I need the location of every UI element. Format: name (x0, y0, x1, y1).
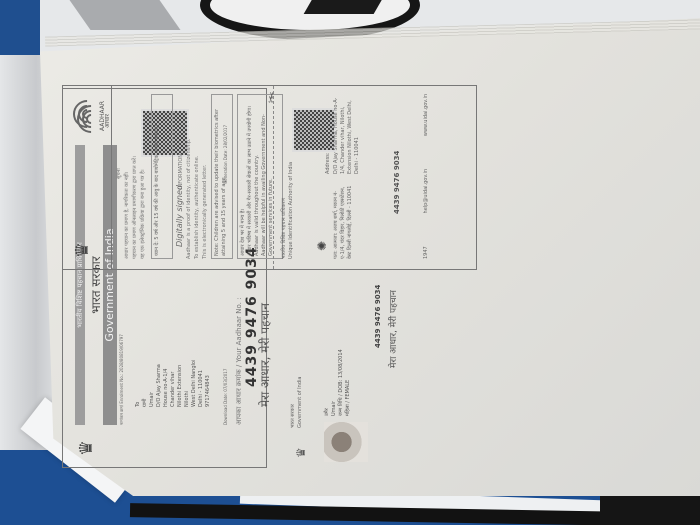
uidai-name: भारतीय विशिष्ट पहचान प्राधिकरण Unique Id… (281, 94, 295, 259)
card-tagline: मेरा आधार, मेरी पहचान (386, 290, 399, 368)
info-hindi-points: आधार पहचान का प्रमाण है, नागरिकता का नही… (123, 94, 147, 259)
recipient-address: To ग्रामी Umair D/O Ajay Sharma House no… (135, 360, 212, 407)
national-emblem-icon: ♛ (73, 437, 101, 459)
aadhaar-info-page: ♛ AADHAAR सूचना आधार पहचान का प्रमाण है,… (62, 85, 477, 270)
card-aadhaar-number: 4439 9476 9034 (374, 285, 382, 348)
back-address-hindi: पता: आत्मजा: अजय शर्मा, मकान नं-ए-1/4, च… (333, 179, 354, 259)
background-black-stripe (304, 0, 387, 14)
info-english-points: Aadhaar is a proof of identity, not of c… (185, 94, 209, 259)
enrolment-number: नामांकन क्रम/ Enrolment No.: 2028/80819/… (119, 334, 125, 425)
holder-photo (324, 422, 368, 462)
aadhaar-number-label: आपका आधार क्रमांक / Your Aadhaar No. : (235, 298, 244, 425)
uidai-logo-icon: ✺ (308, 235, 336, 257)
back-aadhaar-number: 4439 9476 9034 (393, 151, 401, 214)
info-heading-english: INFORMATION (177, 154, 185, 189)
back-footer: 1947 help@uidai.gov.in www.uidai.gov.in (423, 94, 430, 259)
back-address-english: D/O Ajay Sharma, House no-A-1/4, Chander… (333, 94, 361, 174)
card-holder-details: उमैर Umair जन्म तिथि / DOB: 13/08/2014 म… (324, 349, 352, 416)
national-emblem-icon: ♛ (294, 447, 308, 458)
back-address-label: Address: (325, 94, 332, 174)
national-emblem-icon: ♛ (69, 239, 97, 261)
download-date: Download Date: 07/03/2017 (223, 369, 228, 425)
info-validity-box: आधार देश भर में मान्य है। आधार भविष्य मे… (237, 94, 283, 259)
info-heading-hindi: सूचना (115, 168, 123, 179)
info-note-box-english: Note: Children are advised to update the… (211, 94, 233, 259)
card-gov-label: भारत सरकार Government of India (290, 377, 304, 428)
tagline: मेरा आधार, मेरी पहचान (256, 303, 273, 407)
info-note-box-hindi: ध्यान दें: 5 वर्ष और 15 वर्ष की आयु के ब… (151, 94, 173, 259)
aadhaar-logo-text: AADHAAR (99, 96, 106, 136)
